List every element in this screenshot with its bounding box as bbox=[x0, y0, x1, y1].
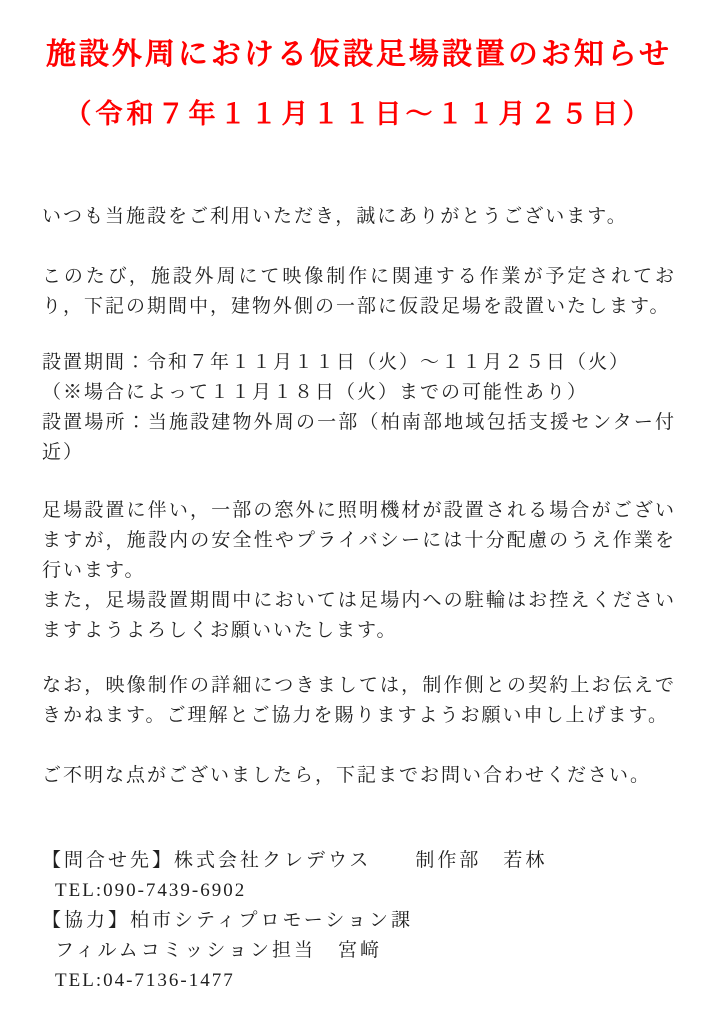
document-page: 施設外周における仮設足場設置のお知らせ （令和７年１１月１１日～１１月２５日） … bbox=[0, 0, 720, 1023]
contact-section: 【問合せ先】株式会社クレデウス 制作部 若林 TEL:090-7439-6902… bbox=[42, 846, 676, 996]
paragraph-intro: このたび，施設外周にて映像制作に関連する作業が予定されており，下記の期間中，建物… bbox=[42, 262, 676, 322]
paragraph-lighting-notice: 足場設置に伴い，一部の窓外に照明機材が設置される場合がございますが，施設内の安全… bbox=[42, 496, 676, 586]
contact-cooperation-tel: TEL:04-7136-1477 bbox=[42, 966, 676, 996]
contact-inquiry-heading: 【問合せ先】株式会社クレデウス 制作部 若林 bbox=[42, 846, 676, 876]
paragraph-parking-request: また，足場設置期間中においては足場内への駐輪はお控えくださいますようよろしくお願… bbox=[42, 586, 676, 646]
detail-installation-period: 設置期間：令和７年１１月１１日（火）～１１月２５日（火） bbox=[42, 348, 676, 378]
document-subtitle: （令和７年１１月１１日～１１月２５日） bbox=[42, 94, 676, 134]
installation-details: 設置期間：令和７年１１月１１日（火）～１１月２５日（火） （※場合によって１１月… bbox=[42, 348, 676, 468]
notice-block: 足場設置に伴い，一部の窓外に照明機材が設置される場合がございますが，施設内の安全… bbox=[42, 496, 676, 646]
paragraph-closing: ご不明な点がございましたら，下記までお問い合わせください。 bbox=[42, 761, 676, 791]
contact-cooperation-person: フィルムコミッション担当 宮﨑 bbox=[42, 936, 676, 966]
contact-inquiry-tel: TEL:090-7439-6902 bbox=[42, 876, 676, 906]
paragraph-disclaimer: なお，映像制作の詳細につきましては，制作側との契約上お伝えできかねます。ご理解と… bbox=[42, 671, 676, 731]
document-title: 施設外周における仮設足場設置のお知らせ bbox=[42, 34, 676, 76]
contact-cooperation-heading: 【協力】柏市シティプロモーション課 bbox=[42, 906, 676, 936]
detail-period-note: （※場合によって１１月１８日（火）までの可能性あり） bbox=[42, 378, 676, 408]
paragraph-greeting: いつも当施設をご利用いただき，誠にありがとうございます。 bbox=[42, 202, 676, 232]
detail-installation-location: 設置場所：当施設建物外周の一部（柏南部地域包括支援センター付近） bbox=[42, 408, 676, 468]
